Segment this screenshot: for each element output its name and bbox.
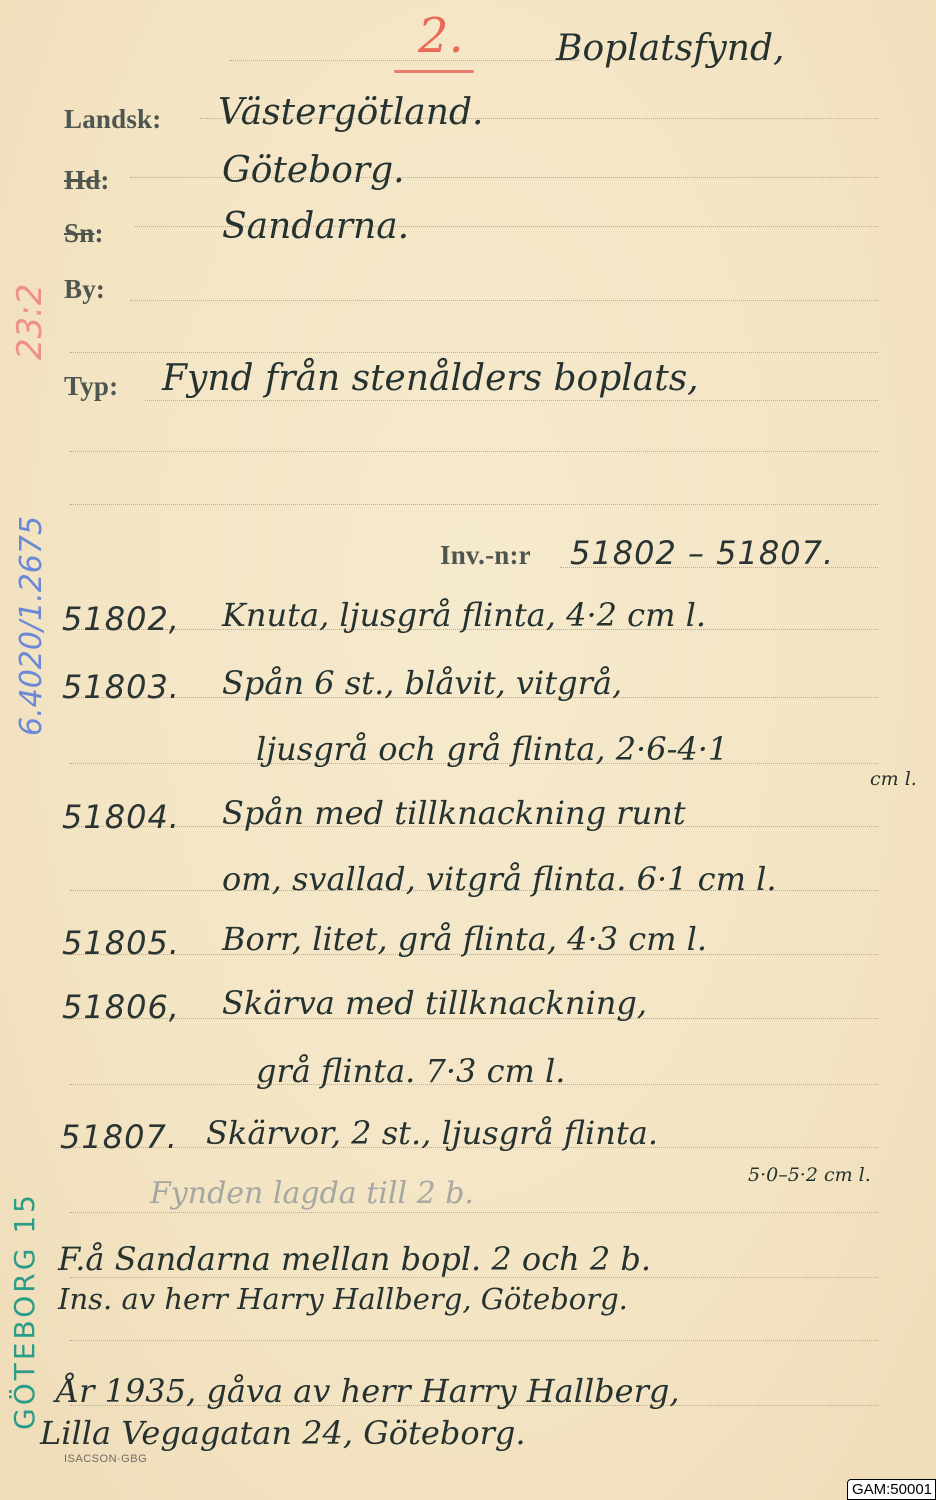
guide-line xyxy=(70,451,878,452)
guide-line xyxy=(130,300,878,301)
entry-number: 51802, xyxy=(62,600,180,638)
entry-number: 51807. xyxy=(60,1118,178,1156)
field-label-harad: Hd: xyxy=(64,165,110,196)
guide-line xyxy=(70,1340,878,1341)
entry-text: grå flinta. 7·3 cm l. xyxy=(256,1052,565,1090)
card-number-underline xyxy=(394,70,474,73)
guide-line xyxy=(70,504,878,505)
field-value-landskap: Västergötland. xyxy=(218,92,483,133)
struck-label: Hd xyxy=(64,165,100,195)
entry-text: Skärva med tillknackning, xyxy=(222,984,647,1022)
inventory-range: 51802 – 51807. xyxy=(570,534,834,572)
guide-line xyxy=(145,400,878,401)
entry-number: 51805. xyxy=(62,924,180,962)
entry-text: ljusgrå och grå flinta, 2·6-4·1 xyxy=(256,730,728,768)
acquisition-line-2: Lilla Vegagatan 24, Göteborg. xyxy=(40,1414,526,1452)
field-value-socken: Sandarna. xyxy=(222,206,409,247)
printer-imprint: ISACSON·GBG xyxy=(64,1453,147,1465)
entry-text: om, svallad, vitgrå flinta. 6·1 cm l. xyxy=(222,860,776,898)
entry-text: Knuta, ljusgrå flinta, 4·2 cm l. xyxy=(222,596,706,634)
entry-text: Skärvor, 2 st., ljusgrå flinta. xyxy=(206,1114,658,1152)
submitted-by: Ins. av herr Harry Hallberg, Göteborg. xyxy=(58,1282,628,1316)
field-label-socken: Sn: xyxy=(64,218,104,249)
field-label-typ: Typ: xyxy=(64,371,118,402)
card-number: 2. xyxy=(418,8,464,64)
entry-text: Spån 6 st., blåvit, vitgrå, xyxy=(222,664,622,702)
margin-red-note: 23:2 xyxy=(10,284,50,360)
entry-note: 5·0–5·2 cm l. xyxy=(748,1164,871,1186)
guide-line xyxy=(70,352,878,353)
entry-number: 51803. xyxy=(62,668,180,706)
guide-line xyxy=(230,60,580,61)
field-label-landskap: Landsk: xyxy=(64,104,161,135)
entry-number: 51804. xyxy=(62,798,180,836)
catalog-id-tag: GAM:50001 xyxy=(847,1479,936,1500)
find-location: F.å Sandarna mellan bopl. 2 och 2 b. xyxy=(58,1240,651,1278)
acquisition-line-1: År 1935, gåva av herr Harry Hallberg, xyxy=(56,1372,680,1410)
entry-number: 51806, xyxy=(62,988,180,1026)
entry-text: Borr, litet, grå flinta, 4·3 cm l. xyxy=(222,920,707,958)
inventory-label: Inv.-n:r xyxy=(440,540,531,571)
entry-note: cm l. xyxy=(870,768,917,790)
struck-label: Sn xyxy=(64,218,94,248)
guide-line xyxy=(70,1212,878,1213)
card-heading: Boplatsfynd, xyxy=(556,28,784,69)
entry-text: Spån med tillknackning runt xyxy=(222,794,686,832)
city-stamp: GÖTEBORG 15 xyxy=(8,1192,41,1430)
field-label-by: By: xyxy=(64,274,105,305)
catalog-card: 2. Boplatsfynd, Landsk: Hd: Sn: By: Typ:… xyxy=(0,0,936,1500)
field-value-typ: Fynd från stenålders boplats, xyxy=(162,358,699,399)
field-value-harad: Göteborg. xyxy=(222,150,405,191)
margin-blue-note: 6.4020/1.2675 xyxy=(14,516,49,736)
pencil-note: Fynden lagda till 2 b. xyxy=(150,1176,474,1211)
